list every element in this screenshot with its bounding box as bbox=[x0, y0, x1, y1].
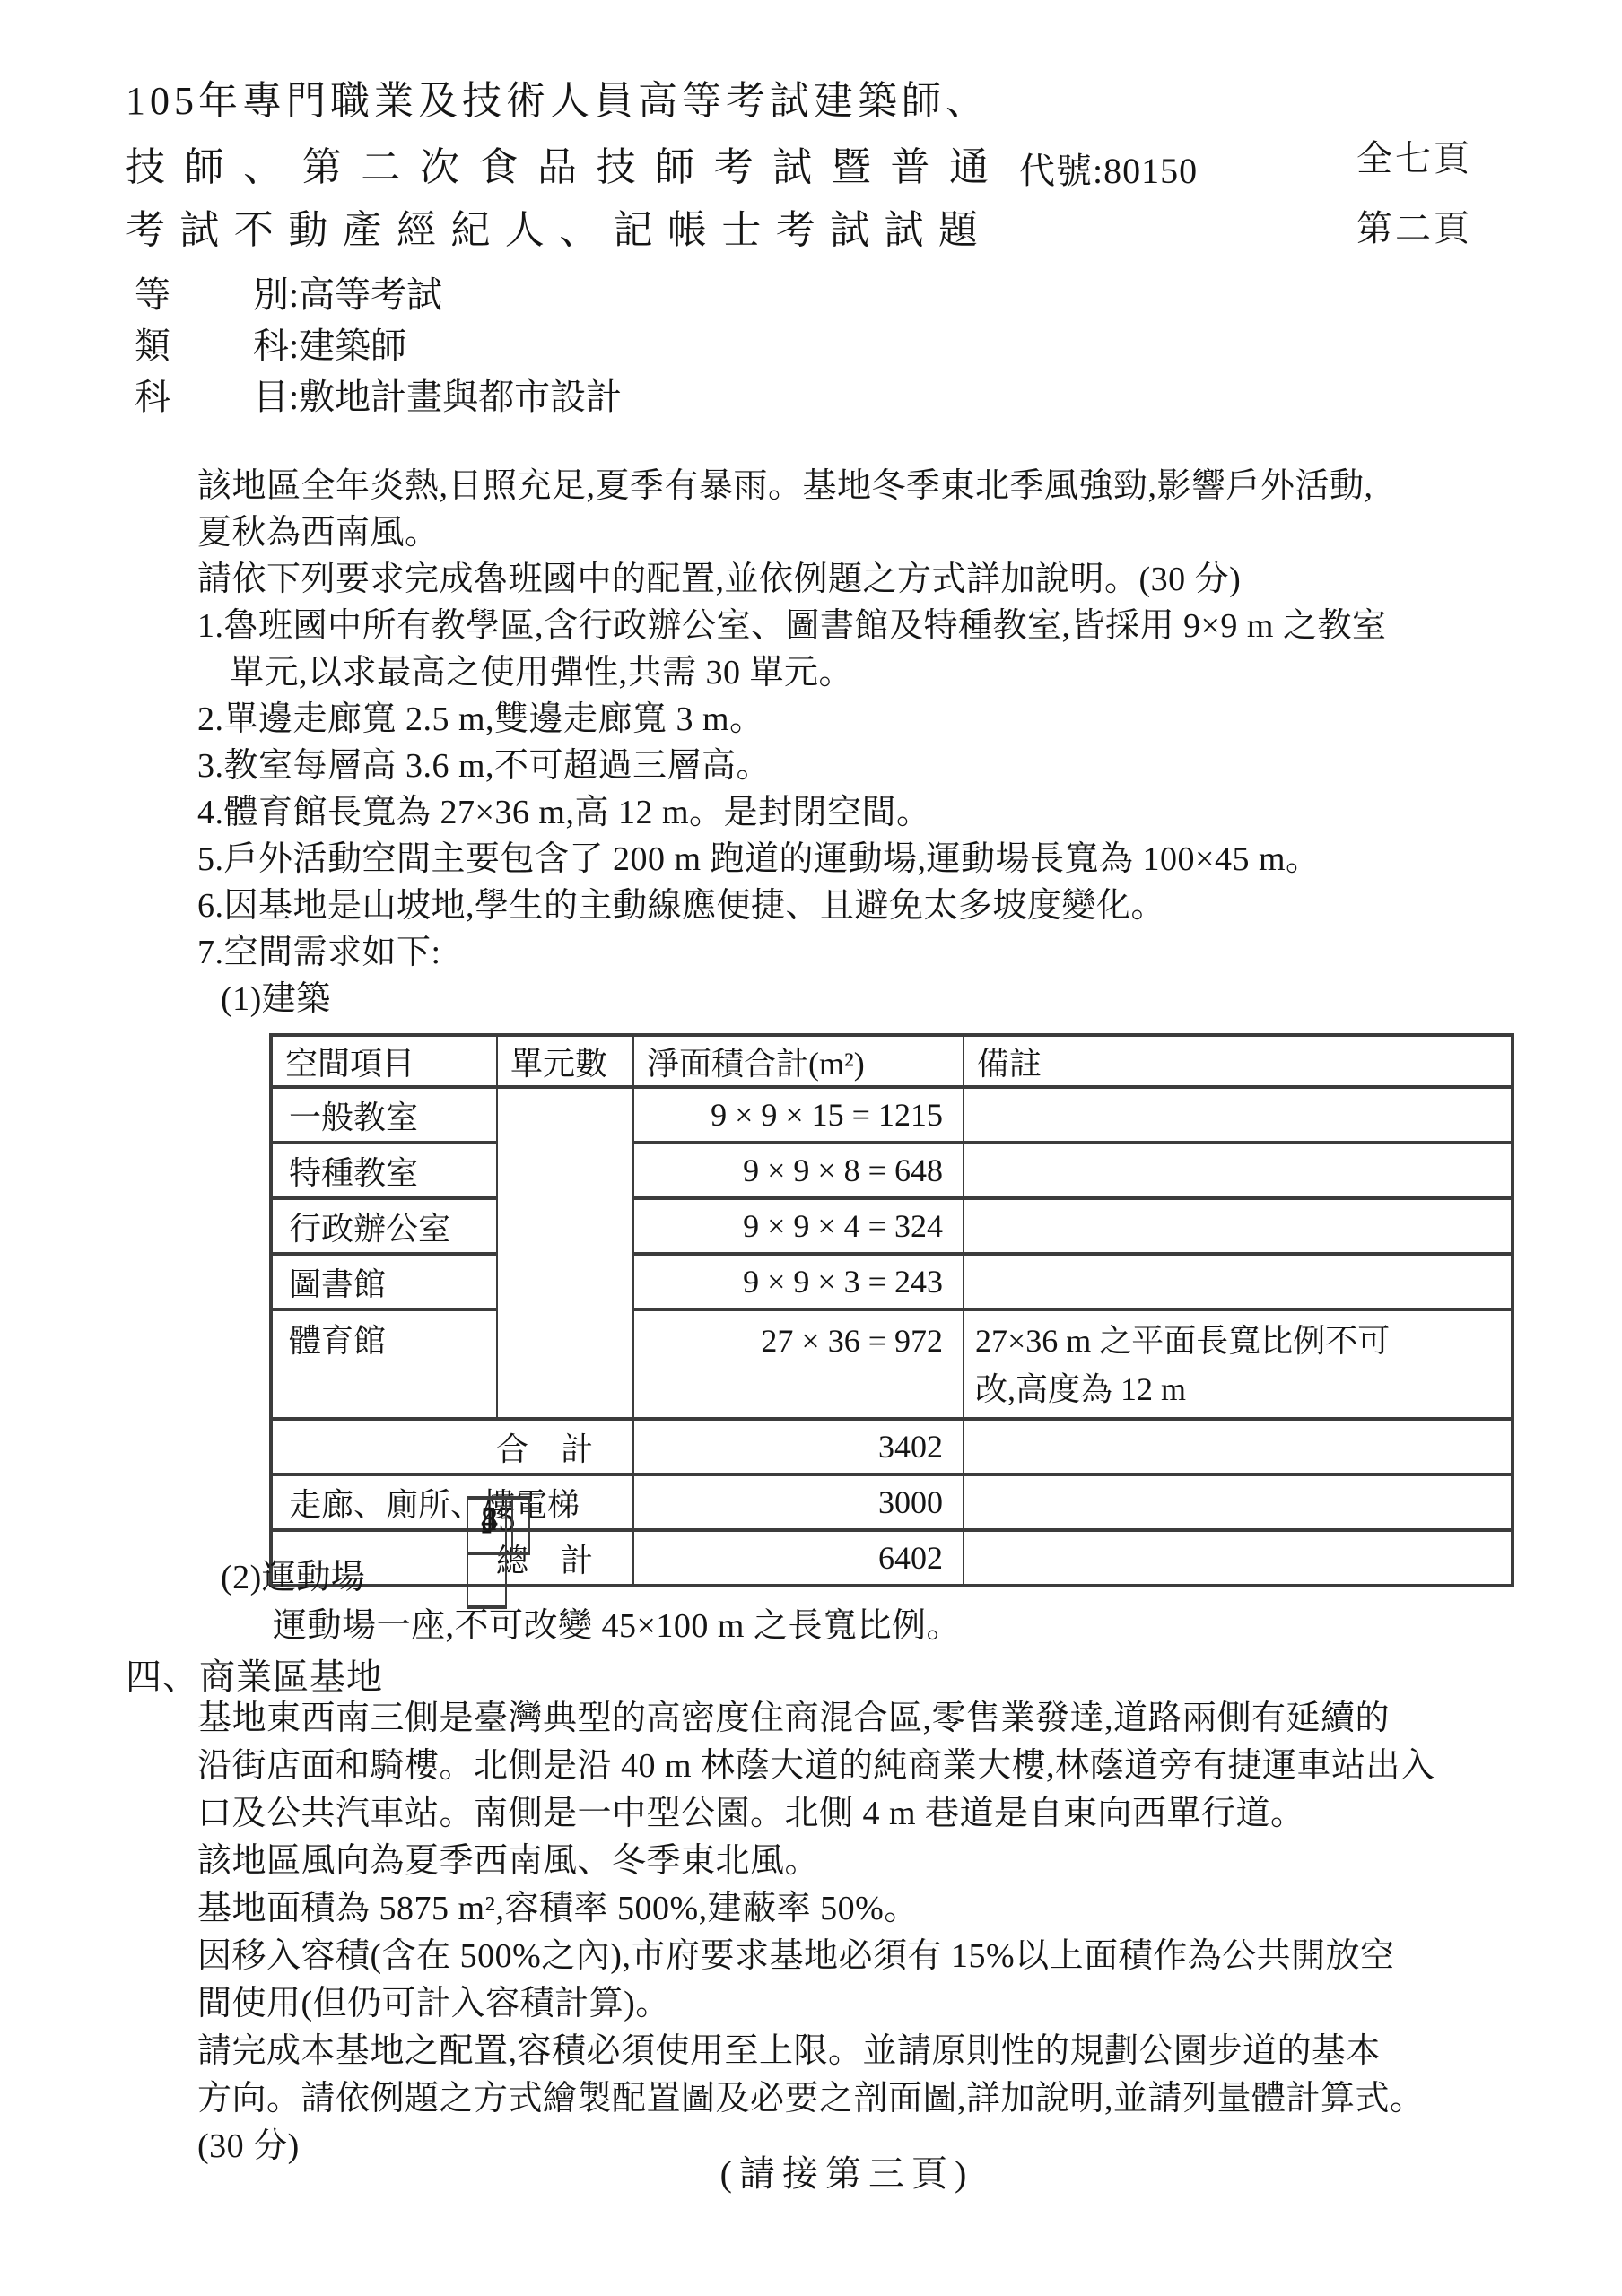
building-space-table-wrap: 空間項目單元數淨面積合計(m²)備註一般教室159 × 9 × 15 = 121… bbox=[269, 1033, 1514, 1587]
text-line: 2.單邊走廊寬 2.5 m,雙邊走廊寬 3 m。 bbox=[197, 696, 1387, 743]
text-line: 因移入容積(含在 500%之內),市府要求基地必須有 15%以上面積作為公共開放… bbox=[197, 1933, 1435, 1980]
meta-value: 建築師 bbox=[299, 326, 406, 366]
table-row: 體育館-27 × 36 = 97227×36 m 之平面長寬比例不可 改,高度為… bbox=[271, 1309, 1513, 1419]
text-line: 基地面積為 5875 m²,容積率 500%,建蔽率 50%。 bbox=[197, 1885, 1435, 1933]
summary-label-cell: 走廊、廁所、樓電梯 bbox=[271, 1474, 633, 1530]
table-cell bbox=[964, 1254, 1513, 1309]
exam-title-row-2: 技師、第二次食品技師考試暨普通 代號:80150 bbox=[126, 140, 1400, 196]
meta-row-category: 類科:建築師 bbox=[135, 320, 622, 371]
table-row: 圖書館39 × 9 × 3 = 243 bbox=[271, 1254, 1513, 1309]
text-line: 該地區風向為夏季西南風、冬季東北風。 bbox=[197, 1838, 1435, 1885]
table-header-cell: 備註 bbox=[964, 1035, 1513, 1087]
summary-note-cell bbox=[964, 1530, 1513, 1586]
text-line: 運動場一座,不可改變 45×100 m 之長寬比例。 bbox=[273, 1602, 961, 1650]
meta-label: 類 bbox=[135, 320, 253, 371]
text-line: 基地東西南三側是臺灣典型的高密度住商混合區,零售業發達,道路兩側有延續的 bbox=[197, 1695, 1435, 1743]
exam-code: 代號:80150 bbox=[1019, 143, 1198, 194]
summary-note-cell bbox=[964, 1474, 1513, 1530]
text-line: 請完成本基地之配置,容積必須使用至上限。並請原則性的規劃公園步道的基本 bbox=[197, 2028, 1435, 2075]
table-cell: 27 × 36 = 972 bbox=[633, 1309, 964, 1419]
text-line: 該地區全年炎熱,日照充足,夏季有暴雨。基地冬季東北季風強勁,影響戶外活動, bbox=[197, 463, 1387, 509]
exam-title-line-1: 105年專門職業及技術人員高等考試建築師、 bbox=[126, 75, 1400, 127]
table-cell: 體育館 bbox=[271, 1309, 497, 1419]
meta-key: 科: bbox=[253, 320, 299, 371]
table-cell: 9 × 9 × 4 = 324 bbox=[633, 1198, 964, 1254]
meta-value: 敷地計畫與都市設計 bbox=[299, 377, 622, 417]
table-header-cell: 單元數 bbox=[497, 1035, 633, 1087]
text-line: 7.空間需求如下: bbox=[197, 929, 1387, 976]
summary-label-cell: 合 計 bbox=[271, 1419, 633, 1474]
page-header: 105年專門職業及技術人員高等考試建築師、 技師、第二次食品技師考試暨普通 代號… bbox=[126, 75, 1400, 258]
meta-label: 等 bbox=[135, 269, 253, 320]
meta-value: 高等考試 bbox=[299, 274, 442, 315]
table-cell: 行政辦公室 bbox=[271, 1198, 497, 1254]
building-space-table: 空間項目單元數淨面積合計(m²)備註一般教室159 × 9 × 15 = 121… bbox=[269, 1033, 1514, 1587]
table-row: 特種教室89 × 9 × 8 = 648 bbox=[271, 1143, 1513, 1198]
table-cell: 9 × 9 × 3 = 243 bbox=[633, 1254, 964, 1309]
text-line: (2)運動場 bbox=[221, 1553, 961, 1602]
text-line: 3.教室每層高 3.6 m,不可超過三層高。 bbox=[197, 743, 1387, 789]
summary-value-cell: 3000 bbox=[633, 1474, 964, 1530]
table-summary-row: 合 計3402 bbox=[271, 1419, 1513, 1474]
text-line: 4.體育館長寬為 27×36 m,高 12 m。是封閉空間。 bbox=[197, 789, 1387, 836]
text-line: 沿街店面和騎樓。北側是沿 40 m 林蔭大道的純商業大樓,林蔭道旁有捷運車站出入 bbox=[197, 1743, 1435, 1790]
text-line: 口及公共汽車站。南側是一中型公園。北側 4 m 巷道是自東向西單行道。 bbox=[197, 1790, 1435, 1838]
table-cell: 一般教室 bbox=[271, 1087, 497, 1143]
text-line: 間使用(但仍可計入容積計算)。 bbox=[197, 1980, 1435, 2028]
section-4-heading: 四、商業區基地 bbox=[126, 1648, 383, 1700]
pages-total: 全七頁 bbox=[1356, 124, 1472, 194]
table-cell: 圖書館 bbox=[271, 1254, 497, 1309]
sports-field-block: (2)運動場運動場一座,不可改變 45×100 m 之長寬比例。 bbox=[197, 1553, 961, 1650]
continue-note: (請接第三頁) bbox=[0, 2145, 1622, 2196]
exam-meta: 等別:高等考試 類科:建築師 科目:敷地計畫與都市設計 bbox=[135, 269, 622, 422]
table-summary-row: 走廊、廁所、樓電梯3000 bbox=[271, 1474, 1513, 1530]
summary-value-cell: 3402 bbox=[633, 1419, 964, 1474]
table-cell: 9 × 9 × 15 = 1215 bbox=[633, 1087, 964, 1143]
section-4-text-block: 基地東西南三側是臺灣典型的高密度住商混合區,零售業發達,道路兩側有延續的沿街店面… bbox=[197, 1695, 1435, 2170]
meta-key: 別: bbox=[253, 269, 299, 320]
table-row: 一般教室159 × 9 × 15 = 1215 bbox=[271, 1087, 1513, 1143]
question-3-text-block: 該地區全年炎熱,日照充足,夏季有暴雨。基地冬季東北季風強勁,影響戶外活動,夏秋為… bbox=[197, 463, 1387, 1022]
table-cell: 特種教室 bbox=[271, 1143, 497, 1198]
text-line: 夏秋為西南風。 bbox=[197, 509, 1387, 556]
exam-title-line-3: 考試不動產經紀人、記帳士考試試題 bbox=[126, 203, 978, 258]
text-line: 請依下列要求完成魯班國中的配置,並依例題之方式詳加說明。(30 分) bbox=[197, 556, 1387, 603]
exam-title-line-2: 技師、第二次食品技師考試暨普通 bbox=[126, 140, 989, 196]
table-cell bbox=[964, 1198, 1513, 1254]
text-line: (1)建築 bbox=[221, 976, 1387, 1022]
text-line: 5.戶外活動空間主要包含了 200 m 跑道的運動場,運動場長寬為 100×45… bbox=[197, 836, 1387, 883]
table-cell: 9 × 9 × 8 = 648 bbox=[633, 1143, 964, 1198]
text-line: 方向。請依例題之方式繪製配置圖及必要之剖面圖,詳加說明,並請列量體計算式。 bbox=[197, 2075, 1435, 2123]
table-cell bbox=[964, 1087, 1513, 1143]
table-header-cell: 空間項目 bbox=[271, 1035, 497, 1087]
text-line: 單元,以求最高之使用彈性,共需 30 單元。 bbox=[230, 649, 1387, 696]
meta-row-level: 等別:高等考試 bbox=[135, 269, 622, 320]
meta-row-subject: 科目:敷地計畫與都市設計 bbox=[135, 371, 622, 422]
table-header-cell: 淨面積合計(m²) bbox=[633, 1035, 964, 1087]
table-cell bbox=[964, 1143, 1513, 1198]
meta-key: 目: bbox=[253, 371, 299, 422]
table-cell: 27×36 m 之平面長寬比例不可 改,高度為 12 m bbox=[964, 1309, 1513, 1419]
text-line: 6.因基地是山坡地,學生的主動線應便捷、且避免太多坡度變化。 bbox=[197, 883, 1387, 929]
page-info: 全七頁 第二頁 bbox=[1356, 124, 1472, 264]
meta-label: 科 bbox=[135, 371, 253, 422]
page-number: 第二頁 bbox=[1356, 194, 1472, 264]
table-row: 行政辦公室49 × 9 × 4 = 324 bbox=[271, 1198, 1513, 1254]
table-header-row: 空間項目單元數淨面積合計(m²)備註 bbox=[271, 1035, 1513, 1087]
text-line: 1.魯班國中所有教學區,含行政辦公室、圖書館及特種教室,皆採用 9×9 m 之教… bbox=[197, 603, 1387, 649]
summary-note-cell bbox=[964, 1419, 1513, 1474]
exam-paper-page: 105年專門職業及技術人員高等考試建築師、 技師、第二次食品技師考試暨普通 代號… bbox=[0, 0, 1622, 2296]
